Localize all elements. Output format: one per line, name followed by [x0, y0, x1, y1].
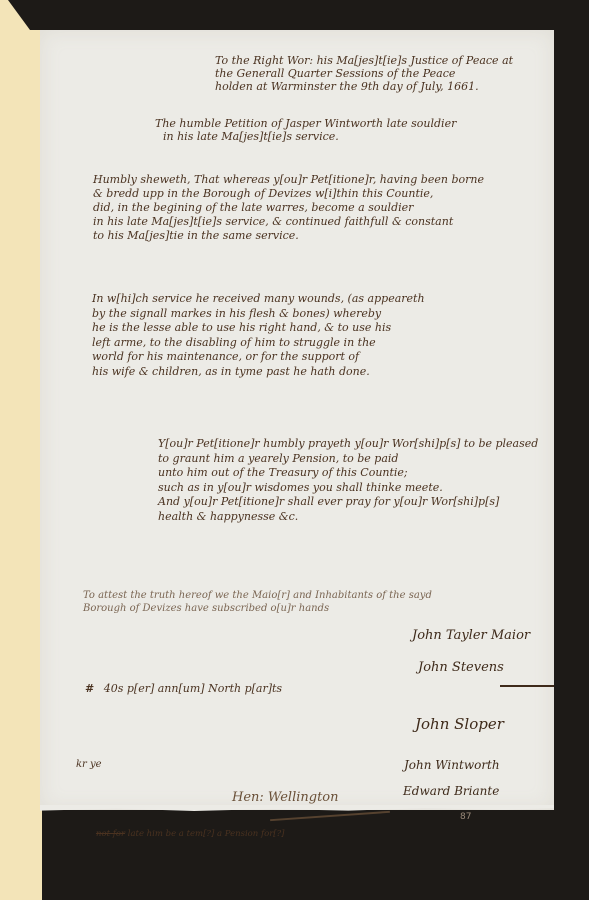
- paragraph-line: he is the lesse able to use his right ha…: [92, 321, 425, 336]
- paragraph-line: And y[ou]r Pet[itione]r shall ever pray …: [158, 495, 538, 510]
- address-heading: To the Right Wor: his Ma[jes]t[ie]s Just…: [215, 54, 513, 93]
- paragraph-line: unto him out of the Treasury of this Cou…: [158, 466, 538, 481]
- paragraph-line: In w[hi]ch service he received many woun…: [92, 292, 425, 307]
- struck-text: not for: [96, 829, 125, 839]
- signature-flourish: [500, 685, 554, 687]
- margin-note-text: 40s p[er] ann[um] North p[ar]ts: [104, 682, 282, 695]
- paragraph-line: did, in the begining of the late warres,…: [93, 201, 484, 215]
- signature: John Stevens: [418, 660, 504, 675]
- kr-note: kr ye: [76, 760, 102, 770]
- bottom-note: not for late him be a tem[?] a Pension f…: [96, 830, 284, 839]
- paragraph-line: to graunt him a yearely Pension, to be p…: [158, 452, 538, 467]
- paragraph-line: to his Ma[jes]tie in the same service.: [93, 229, 484, 243]
- witness-signature: Hen: Wellington: [232, 790, 339, 805]
- paragraph-line: health & happynesse &c.: [158, 510, 538, 525]
- attestation: To attest the truth hereof we the Maio[r…: [83, 589, 432, 615]
- paragraph-line: his wife & children, as in tyme past he …: [92, 365, 425, 380]
- hash-mark-icon: #: [85, 682, 94, 695]
- signature: John Wintworth: [404, 758, 500, 772]
- paragraph-line: in his late Ma[jes]t[ie]s service, & con…: [93, 215, 484, 229]
- paragraph-line: Y[ou]r Pet[itione]r humbly prayeth y[ou]…: [158, 437, 538, 452]
- signature: John Sloper: [415, 715, 504, 733]
- address-line: To the Right Wor: his Ma[jes]t[ie]s Just…: [215, 54, 513, 67]
- paragraph-line: left arme, to the disabling of him to st…: [92, 336, 425, 351]
- bottom-note-text: late him be a tem[?] a Pension for[?]: [128, 829, 285, 839]
- address-line: holden at Warminster the 9th day of July…: [215, 80, 513, 93]
- signature: Edward Briante: [403, 784, 499, 798]
- paragraph-line: Humbly sheweth, That whereas y[ou]r Pet[…: [93, 173, 484, 187]
- paragraph-line: world for his maintenance, or for the su…: [92, 350, 425, 365]
- paragraph-line: such as in y[ou]r wisdomes you shall thi…: [158, 481, 538, 496]
- folio-number: 87: [460, 812, 471, 822]
- attestation-line: Borough of Devizes have subscribed o[u]r…: [83, 602, 432, 615]
- paragraph-prayer: Y[ou]r Pet[itione]r humbly prayeth y[ou]…: [158, 437, 538, 524]
- signature-mayor: John Tayler Maior: [412, 628, 530, 643]
- signature-underline: [270, 811, 390, 821]
- paragraph-humbly-sheweth: Humbly sheweth, That whereas y[ou]r Pet[…: [93, 173, 484, 243]
- address-line: the Generall Quarter Sessions of the Pea…: [215, 67, 513, 80]
- petition-title: The humble Petition of Jasper Wintworth …: [155, 117, 456, 143]
- mount-backing-board: [0, 0, 42, 900]
- title-line: in his late Ma[jes]t[ie]s service.: [155, 130, 456, 143]
- paragraph-line: by the signall markes in his flesh & bon…: [92, 307, 425, 322]
- paragraph-line: & bredd upp in the Borough of Devizes w[…: [93, 187, 484, 201]
- paragraph-wounds: In w[hi]ch service he received many woun…: [92, 292, 425, 379]
- margin-note: # 40s p[er] ann[um] North p[ar]ts: [85, 683, 282, 694]
- title-line: The humble Petition of Jasper Wintworth …: [155, 117, 456, 130]
- attestation-line: To attest the truth hereof we the Maio[r…: [83, 589, 432, 602]
